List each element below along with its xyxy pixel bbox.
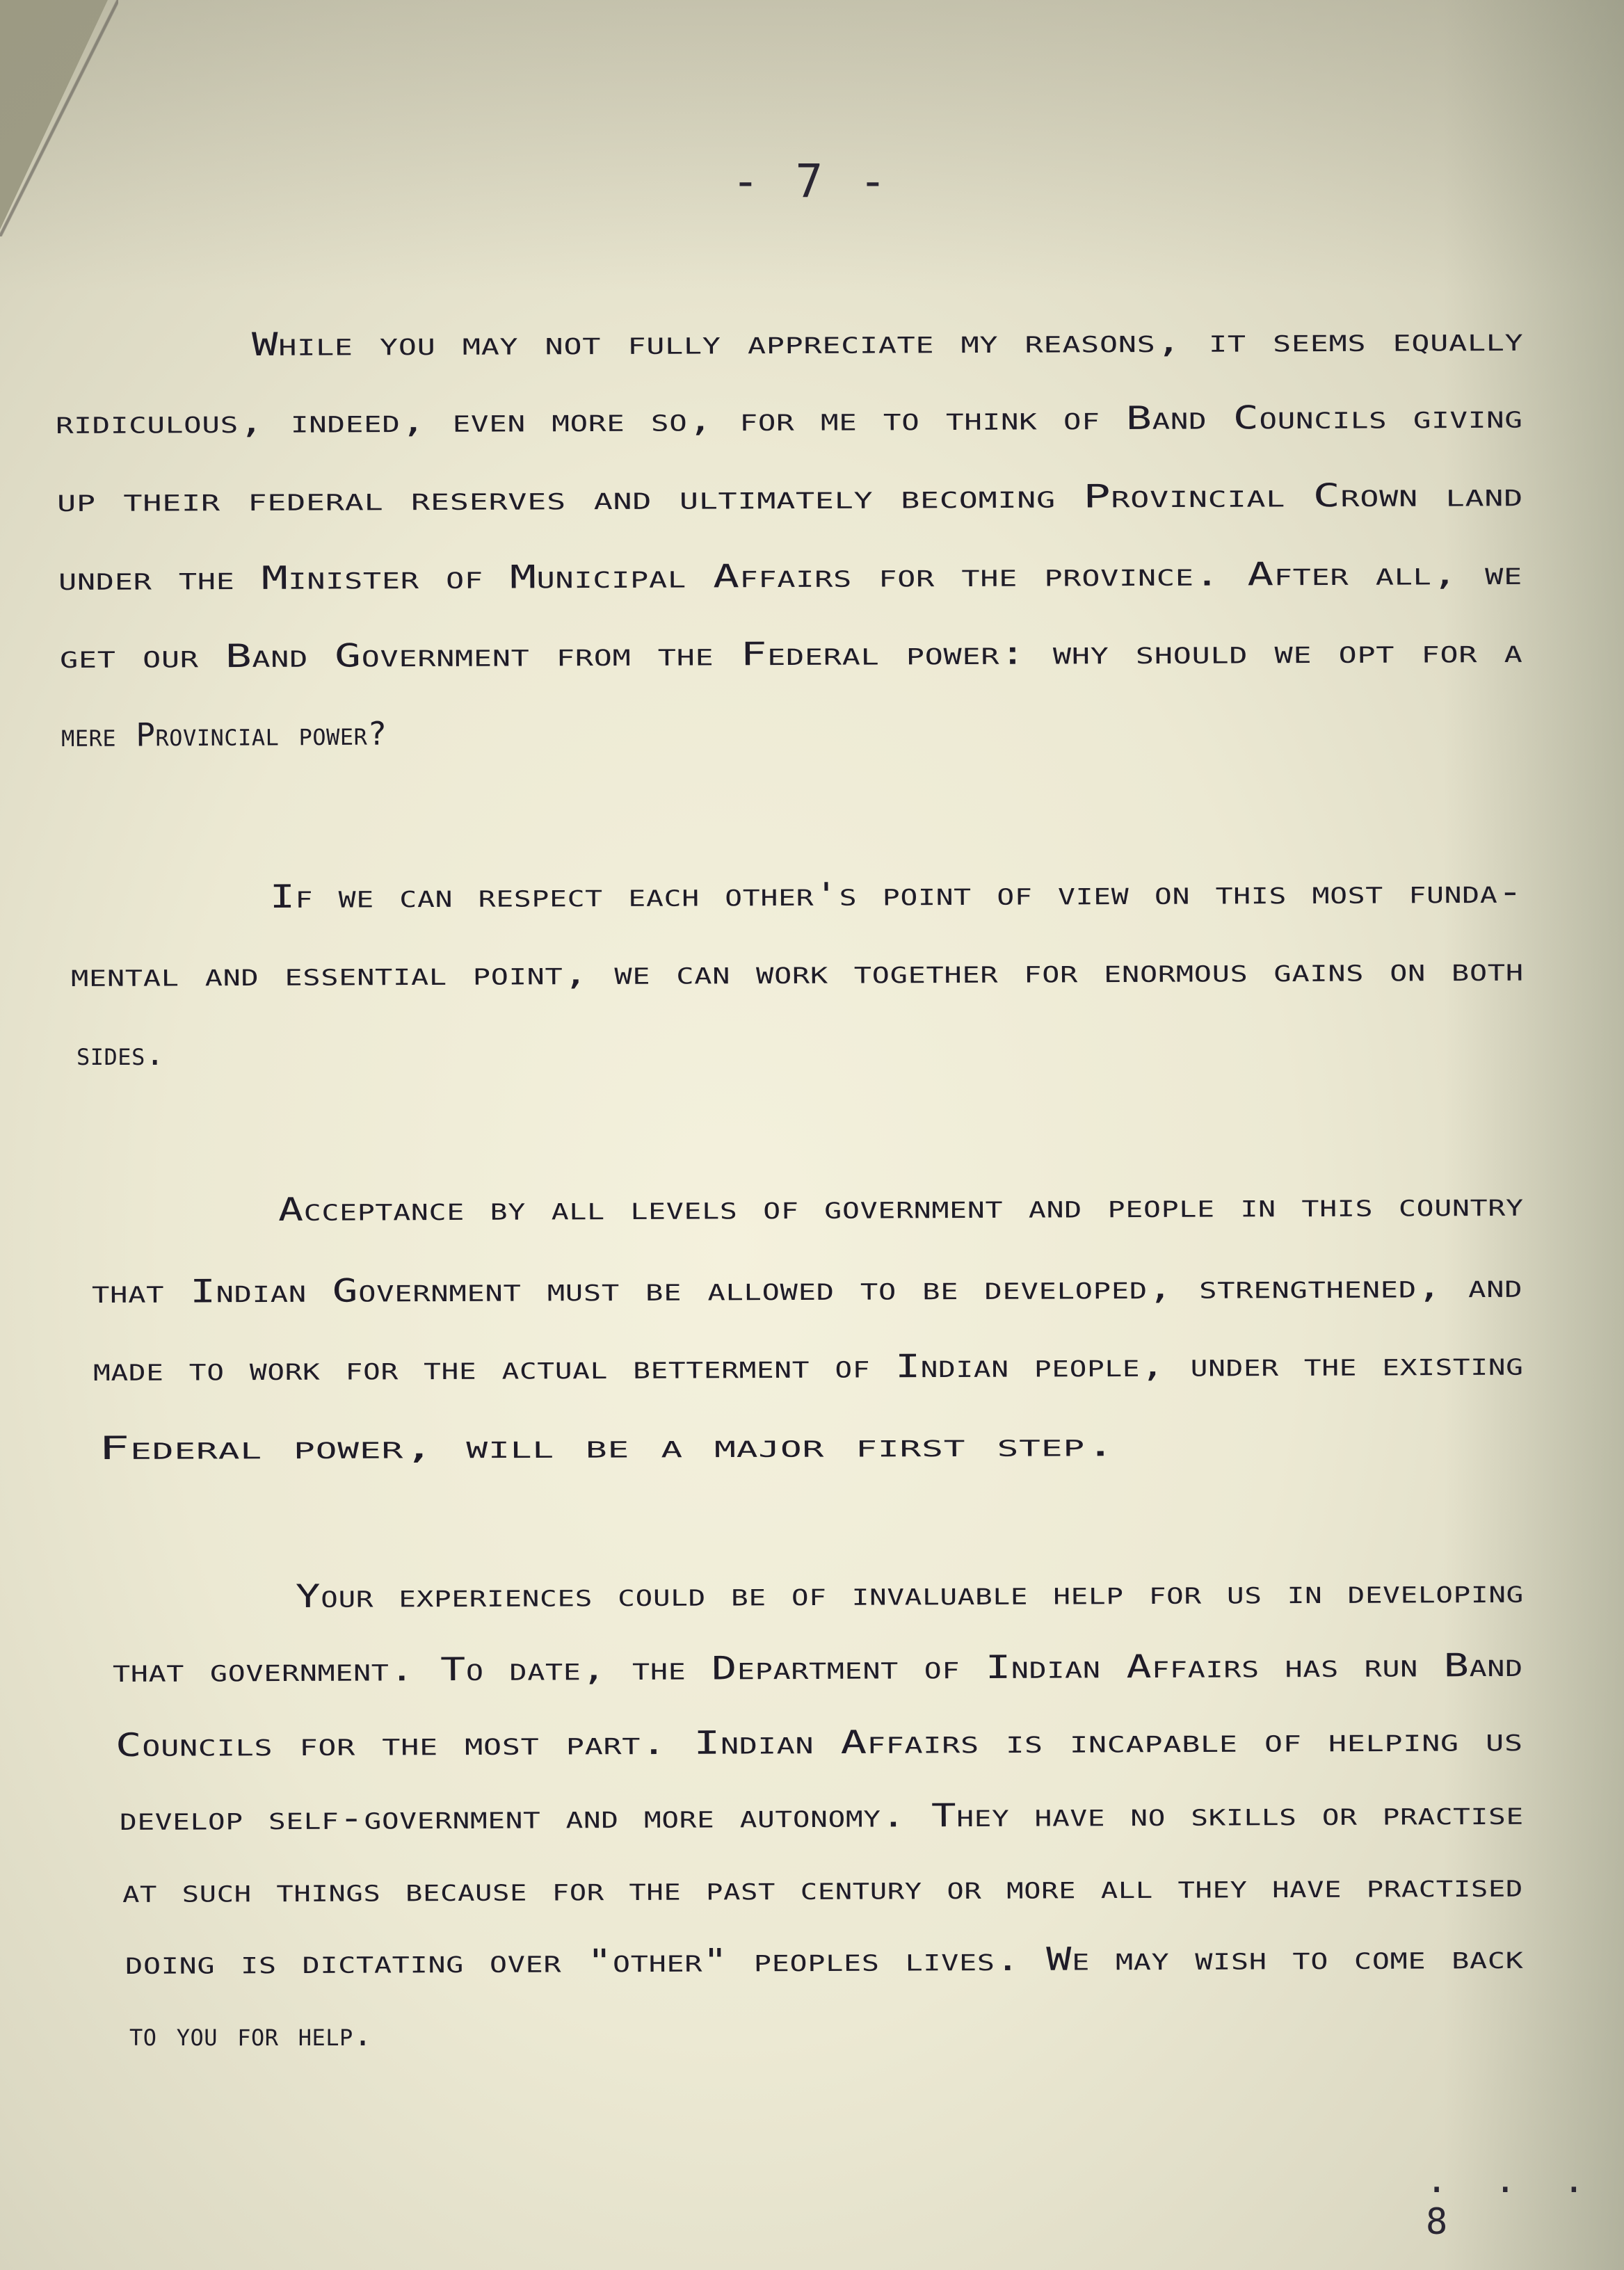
- paragraph-3-line-3: made to work for the actual betterment o…: [93, 1345, 1524, 1388]
- paragraph-4-line-3: Councils for the most part. Indian Affai…: [115, 1721, 1523, 1764]
- paragraph-1-line-6: mere Provincial power?: [61, 715, 387, 754]
- paragraph-3-line-1: Acceptance by all levels of government a…: [278, 1186, 1524, 1228]
- page-fold-edge: [0, 0, 118, 236]
- paragraph-4-line-1: Your experiences could be of invaluable …: [296, 1572, 1524, 1615]
- paragraph-4-line-4: develop self-government and more autonom…: [120, 1794, 1524, 1837]
- paragraph-3-line-4: Federal power, will be a major first ste…: [99, 1426, 1117, 1467]
- paragraph-1-line-4: under the Minister of Municipal Affairs …: [58, 554, 1522, 597]
- paragraph-2-line-1: If we can respect each other's point of …: [270, 873, 1523, 915]
- paragraph-4-line-7: to you for help.: [129, 2015, 373, 2053]
- paragraph-1-line-3: up their federal reserves and ultimately…: [57, 476, 1523, 519]
- paragraph-1-line-1: While you may not fully appreciate my re…: [252, 321, 1524, 363]
- paragraph-2-line-3: sides.: [77, 1035, 165, 1072]
- paragraph-4-line-2: that government. To date, the Department…: [113, 1646, 1523, 1689]
- paragraph-3-line-2: that Indian Government must be allowed t…: [92, 1267, 1523, 1310]
- paragraph-2-line-2: mental and essential point, we can work …: [71, 951, 1524, 994]
- paragraph-1-line-5: get our Band Government from the Federal…: [60, 632, 1523, 675]
- paragraph-4-line-5: at such things because for the past cent…: [122, 1867, 1523, 1910]
- paragraph-4-line-6: doing is dictating over "other" peoples …: [125, 1938, 1524, 1981]
- page-number: - 7 -: [732, 154, 891, 208]
- continued-on-page-marker: . . . 8: [1426, 2159, 1624, 2243]
- paragraph-1-line-2: ridiculous, indeed, even more so, for me…: [56, 398, 1523, 441]
